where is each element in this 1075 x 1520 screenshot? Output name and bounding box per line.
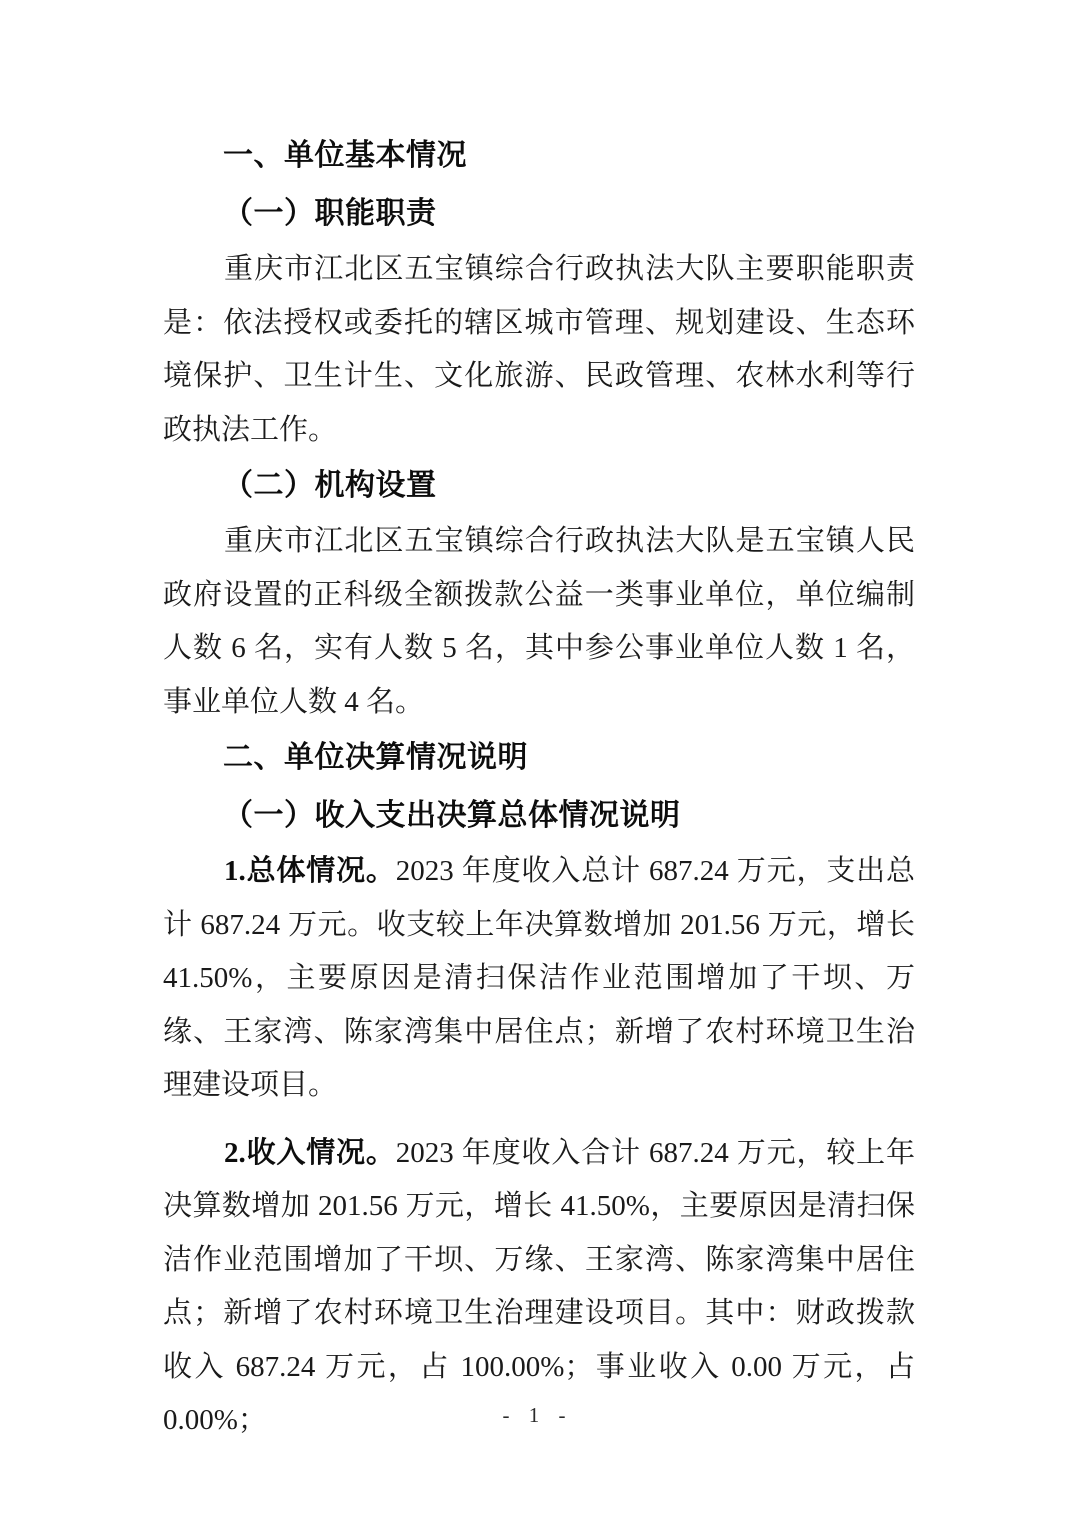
paragraph-overall-lead: 1.总体情况。 [224, 855, 396, 887]
paragraph-duties: 重庆市江北区五宝镇综合行政执法大队主要职能职责是：依法授权或委托的辖区城市管理、… [163, 243, 915, 457]
paragraph-income-lead: 2.收入情况。 [224, 1137, 396, 1169]
paragraph-overall-situation: 1.总体情况。2023 年度收入总计 687.24 万元，支出总计 687.24… [163, 845, 915, 1113]
document-page: 一、单位基本情况 （一）职能职责 重庆市江北区五宝镇综合行政执法大队主要职能职责… [0, 0, 1075, 1520]
subsection-1-1-heading: （一）职能职责 [163, 185, 915, 243]
document-body: 一、单位基本情况 （一）职能职责 重庆市江北区五宝镇综合行政执法大队主要职能职责… [163, 127, 915, 1448]
page-number: - 1 - [503, 1403, 573, 1427]
paragraph-org-setup: 重庆市江北区五宝镇综合行政执法大队是五宝镇人民政府设置的正科级全额拨款公益一类事… [163, 515, 915, 729]
section-2-heading: 二、单位决算情况说明 [163, 729, 915, 787]
page-footer: - 1 - [0, 1398, 1075, 1432]
section-1-heading: 一、单位基本情况 [163, 127, 915, 185]
paragraph-overall-text: 2023 年度收入总计 687.24 万元，支出总计 687.24 万元。收支较… [163, 855, 915, 1101]
paragraph-income-text: 2023 年度收入合计 687.24 万元，较上年决算数增加 201.56 万元… [163, 1137, 915, 1437]
subsection-1-2-heading: （二）机构设置 [163, 457, 915, 515]
subsection-2-1-heading: （一）收入支出决算总体情况说明 [163, 787, 915, 845]
